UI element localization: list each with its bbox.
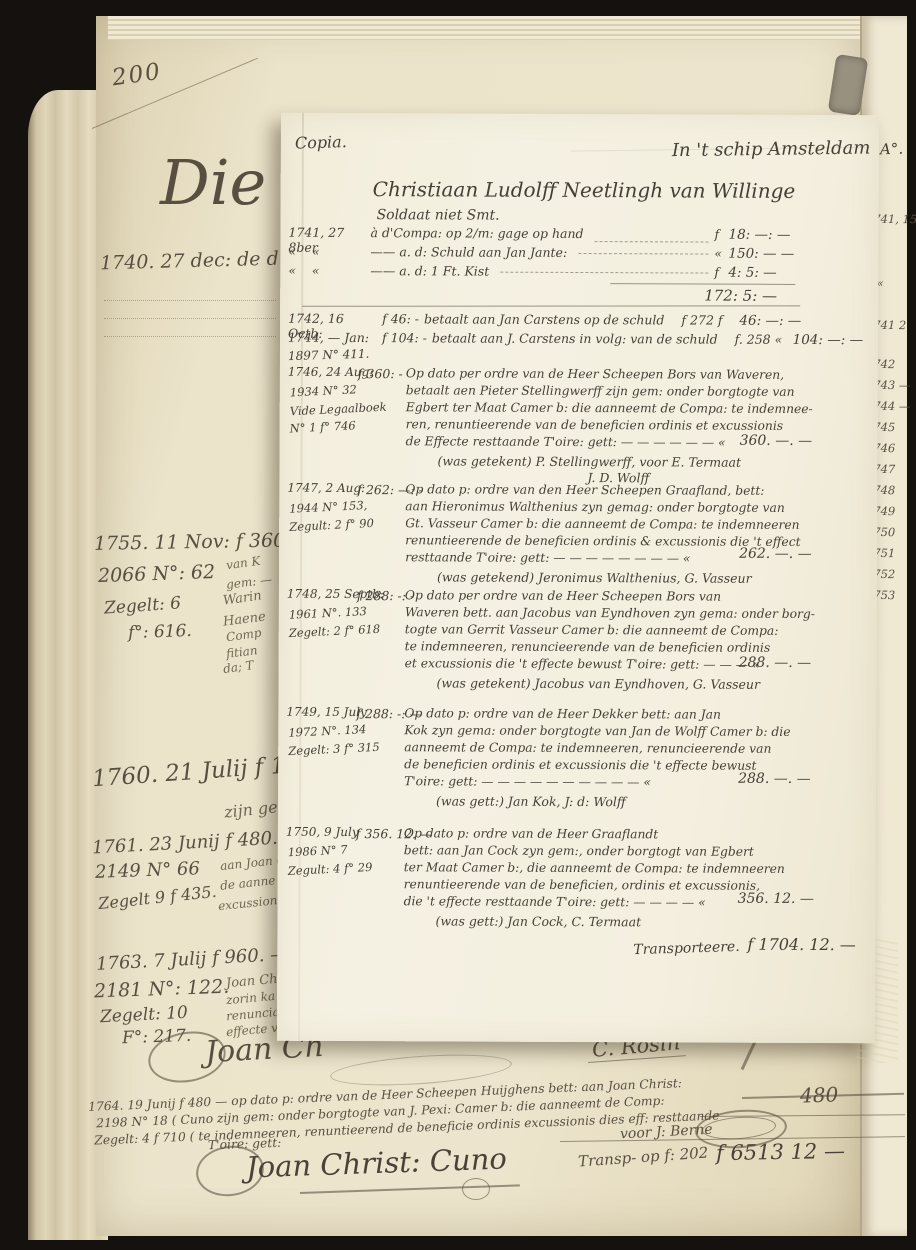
entry-1740: 1740. 27 dec: de d — [100, 248, 279, 275]
margin-reference: 1944 N° 153, — [289, 498, 368, 516]
entry-line: ren, renuntieerende van de beneficien or… — [406, 416, 742, 434]
faint-rule — [104, 336, 276, 337]
entry-line: bett: aan Jan Cock zyn gem:, onder borgt… — [404, 842, 740, 860]
entry-amount: 288. —. — — [738, 771, 811, 787]
ledger-row: 1744, — Jan: f 104: - betaalt aan J. Car… — [288, 330, 804, 348]
row-amount: 4: 5: — — [728, 265, 804, 281]
entry-line: renuntieerende van de beneficien, ordini… — [404, 876, 740, 894]
entry-line: te indemneeren, renuncieerende van de be… — [405, 638, 741, 656]
entry-line: et excussionis die 't effecte bewust T'o… — [405, 655, 741, 673]
entry-line: de beneficien ordinis et excussionis die… — [404, 756, 740, 774]
row-pre-amount: f 46: - — [382, 311, 419, 326]
ledger-row: « « —— a. d: Schuld aan Jan Jante: « 150… — [288, 244, 804, 262]
entry-1755-folio: f°: 616. — [128, 621, 192, 643]
entry-line: Op dato per ordre van de Heer Scheepen B… — [406, 365, 742, 383]
entry-line: renuntieerende de beneficien ordinis & e… — [405, 532, 741, 550]
row-desc: betaalt aan J. Carstens in volg: van de … — [432, 330, 718, 346]
entry-date: 1750, 9 July — [286, 825, 359, 839]
margin-reference: 1986 N° 7 — [288, 842, 348, 859]
entry-line: de Effecte resttaande T'oire: gett: — — … — [406, 433, 742, 451]
ledger-entry-1747: 1747, 2 Aug: f 262: —: - 1944 N° 153, Ze… — [287, 481, 869, 569]
entry-line: Waveren bett. aan Jacobus van Eyndhoven … — [405, 604, 741, 622]
entry-line: betaalt aen Pieter Stellingwerff zijn ge… — [406, 382, 742, 400]
account-title: Christiaan Ludolff Neetlingh van Willing… — [373, 177, 796, 203]
margin-reference: Vide Legaalboek — [289, 400, 386, 419]
margin-reference: 1934 N° 32 — [290, 382, 358, 399]
dotted-leader — [578, 252, 708, 254]
row-date: « « — [288, 263, 370, 278]
ledger-row: « « —— a. d: 1 Ft. Kist f 4: 5: — — [288, 263, 804, 281]
entry-signature: (was getekend) Jeronimus Walthenius, G. … — [437, 569, 752, 585]
row-date: « « — [288, 244, 370, 259]
margin-reference: Zegult: 2 f° 90 — [289, 516, 374, 534]
margin-reference: Zegelt: 3 f° 315 — [288, 740, 380, 758]
grand-total: f 6513 12 — — [716, 1139, 845, 1165]
entry-pre-amount: f 360: - — [358, 366, 403, 381]
row-amount: 46: —: — — [739, 313, 815, 329]
entry-line: Op dato per ordre van de Heer Scheepen B… — [405, 587, 741, 605]
margin-reference: Zegult: 4 f° 29 — [287, 860, 372, 878]
transport-amount: f 1704. 12. — — [747, 935, 856, 954]
ledger-entry-1750: 1750, 9 July f 356. 12. — 1986 N° 7 Zegu… — [286, 825, 868, 913]
row-desc: à d'Compa: op 2/m: gage op hand — [370, 225, 583, 241]
entry-date: 1747, 2 Aug: — [287, 481, 365, 495]
entry-line: T'oire: gett: — — — — — — — — — — « — [404, 773, 740, 791]
entry-body: Op dato p: ordre van de Heer Dekker bett… — [404, 705, 740, 791]
entry-line: Op dato p: ordre van de Heer Graaflandt — [404, 825, 740, 843]
entry-body: Op dato p: ordre van de Heer Graaflandt … — [404, 825, 740, 911]
entry-line: Gt. Vasseur Camer b: die aanneemt de Com… — [405, 515, 741, 533]
entry-date: 1749, 15 July — [286, 705, 366, 719]
row-ref: f. 258 « — [735, 332, 793, 347]
entry-pre-amount: f 356. 12. — — [356, 826, 433, 841]
entry-line: Kok zyn gema: onder borgtogte van Jan de… — [404, 722, 740, 740]
entry-1755-head: 1755. 11 Nov: f 360: - — [94, 529, 304, 555]
entry-amount: 262. —. — — [739, 546, 812, 562]
entry-body: Op dato p: ordre van den Heer Scheepen G… — [405, 481, 741, 567]
entry-pre-amount: f 288: -: - — [357, 588, 414, 603]
sum-rule — [610, 283, 795, 285]
entry-line: ter Maat Camer b:, die aanneemt de Compa… — [404, 859, 740, 877]
copia-sheet: Copia. In 't schip Amsteldam Christiaan … — [277, 113, 879, 1044]
entry-line: Op dato p: ordre van de Heer Dekker bett… — [404, 705, 740, 723]
ledger-entry-1746: 1746, 24 Aug: f 360: - 1934 N° 32 Vide L… — [288, 365, 870, 453]
entry-line: togte van Gerrit Vasseur Camer b: die aa… — [405, 621, 741, 639]
top-page-edges — [108, 16, 905, 40]
entry-pre-amount: f 288: -: — — [356, 706, 422, 721]
dotted-leader — [594, 241, 708, 242]
entry-amount: 360. —. — — [740, 433, 813, 449]
entry-1761-ref: 2149 N° 66 — [95, 858, 201, 883]
entry-signature: (was getekent) P. Stellingwerff, voor E.… — [437, 453, 741, 469]
entry-1763-ref: 2181 N°: 122. — [94, 976, 230, 1003]
margin-reference: 1961 N°. 133 — [289, 604, 368, 622]
entry-body: Op dato per ordre van de Heer Scheepen B… — [405, 587, 741, 673]
flourish-swirl — [462, 1178, 490, 1200]
currency-mark: f — [714, 227, 728, 242]
currency-mark: f — [714, 265, 728, 280]
currency-mark: « — [714, 246, 728, 261]
copia-label: Copia. — [295, 132, 347, 153]
entry-1755-ref: 2066 N°: 62 — [98, 561, 216, 587]
margin-reference: 1897 N° 411. — [288, 347, 370, 363]
dotted-leader — [500, 271, 708, 273]
row-amount: 104: —: — — [793, 332, 869, 348]
margin-reference: Zegelt: 2 f° 618 — [288, 622, 380, 640]
entry-line: Op dato p: ordre van den Heer Scheepen G… — [405, 481, 741, 499]
transport-label: Transporteere. — [633, 939, 740, 958]
margin-reference: 1972 N°. 134 — [288, 722, 367, 740]
ledger-entry-1749: 1749, 15 July f 288: -: — 1972 N°. 134 Z… — [286, 705, 868, 793]
row-pre-amount: f 104: - — [382, 330, 427, 345]
entry-line: Egbert ter Maat Camer b: die aanneemt de… — [406, 399, 742, 417]
ledger-entry-1748: 1748, 25 Septb: f 288: -: - 1961 N°. 133… — [287, 587, 869, 675]
row-amount: 18: —: — — [728, 227, 804, 243]
entry-line: aan Hieronimus Walthenius zyn gemag: ond… — [405, 498, 741, 516]
entry-pre-amount: f 262: —: - — [357, 482, 423, 497]
entry-line: die 't effecte resttaande T'oire: gett: … — [404, 893, 740, 911]
row-ref: f 272 f — [681, 312, 739, 327]
row-amount: 150: — — — [728, 246, 804, 262]
entry-signature: (was gett:) Jan Cock, C. Termaat — [435, 913, 641, 929]
entry-line: resttaande T'oire: gett: — — — — — — — —… — [405, 549, 741, 567]
account-subtitle: Soldaat niet Smt. — [377, 207, 500, 224]
entry-amount: 288. —. — — [739, 655, 812, 671]
section-rule — [302, 305, 800, 306]
advance-total: 172: 5: — — [704, 287, 777, 305]
ship-header: In 't schip Amsteldam — [672, 138, 871, 162]
entry-body: Op dato per ordre van de Heer Scheepen B… — [406, 365, 742, 451]
ornamental-initial: Die — [160, 146, 266, 219]
facing-page-header: A°. — [880, 140, 904, 159]
row-desc: betaalt aan Jan Carstens op de schuld — [424, 311, 664, 327]
entry-signature: (was gett:) Jan Kok, J: d: Wolff — [436, 793, 626, 809]
faint-rule — [104, 318, 276, 319]
entry-amount: 356. 12. — — [738, 891, 814, 907]
margin-reference: N° 1 f° 746 — [289, 418, 356, 435]
manuscript-photo: { "underpage": { "folio": "200", "orname… — [0, 0, 916, 1250]
entry-signature: (was getekent) Jacobus van Eyndhoven, G.… — [437, 675, 761, 691]
row-date: 1744, — Jan: — [288, 330, 382, 345]
faint-rule — [104, 300, 276, 301]
entry-line: aanneemt de Compa: te indemneeren, renun… — [404, 739, 740, 757]
row-desc: —— a. d: 1 Ft. Kist — [370, 263, 489, 279]
row-desc: —— a. d: Schuld aan Jan Jante: — [370, 244, 567, 260]
